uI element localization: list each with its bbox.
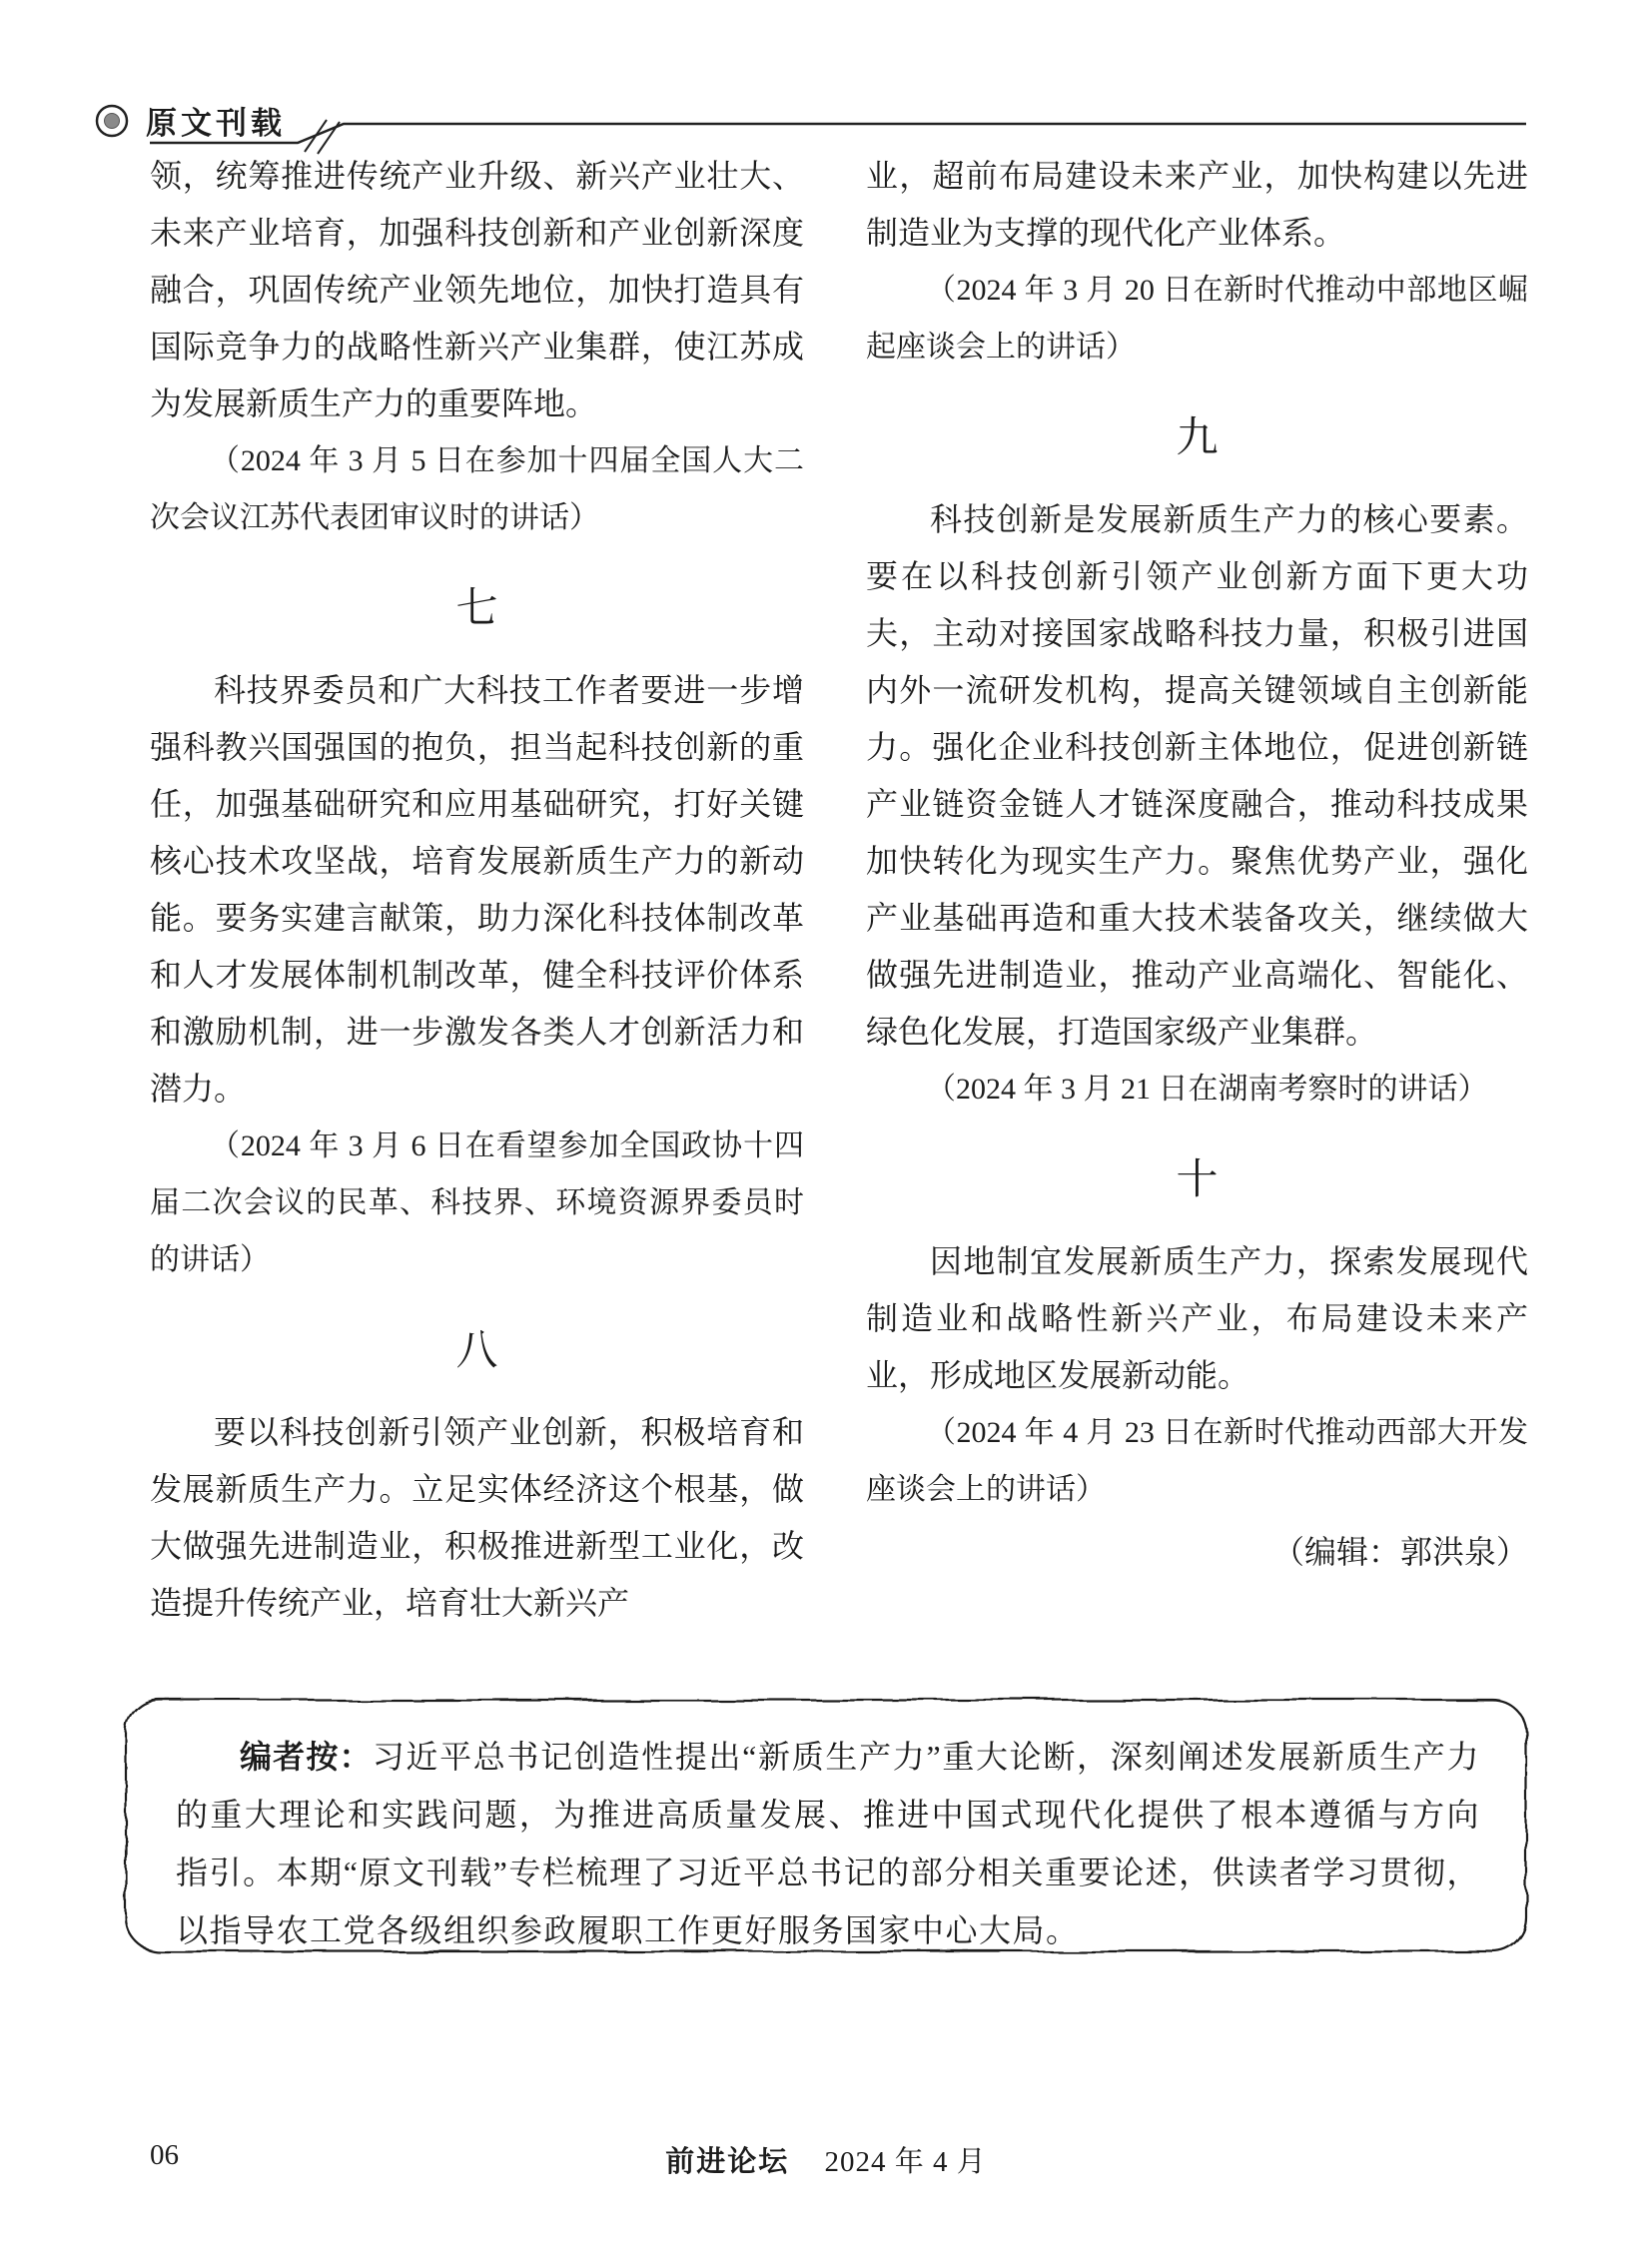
journal-name: 前进论坛 xyxy=(665,2146,789,2178)
article-body: 领，统筹推进传统产业升级、新兴产业壮大、未来产业培育，加强科技创新和产业创新深度… xyxy=(150,148,1528,1632)
editor-note-label: 编者按： xyxy=(240,1739,373,1775)
section-heading: 七 xyxy=(150,580,804,638)
issue-date: 2024 年 4 月 xyxy=(825,2146,987,2178)
editor-note-box: 编者按：习近平总书记创造性提出“新质生产力”重大论断，深刻阐述发展新质生产力的重… xyxy=(116,1690,1536,1961)
section-heading: 十 xyxy=(866,1151,1528,1209)
paragraph: 科技创新是发展新质生产力的核心要素。要在以科技创新引领产业创新方面下更大功夫，主… xyxy=(866,491,1528,1061)
header-rule xyxy=(0,0,1652,170)
paragraph: 要以科技创新引领产业创新，积极培育和发展新质生产力。立足实体经济这个根基，做大做… xyxy=(150,1404,804,1632)
page-footer: 06 前进论坛 2024 年 4 月 xyxy=(0,2139,1652,2183)
editor-signature: （编辑：郭洪泉） xyxy=(866,1524,1528,1581)
citation: （2024 年 3 月 20 日在新时代推动中部地区崛起座谈会上的讲话） xyxy=(866,262,1528,375)
column-title: 原文刊载 xyxy=(146,98,286,143)
left-column: 领，统筹推进传统产业升级、新兴产业壮大、未来产业培育，加强科技创新和产业创新深度… xyxy=(150,148,804,1632)
footer-center: 前进论坛 2024 年 4 月 xyxy=(0,2139,1652,2180)
paragraph: 科技界委员和广大科技工作者要进一步增强科教兴国强国的抱负，担当起科技创新的重任，… xyxy=(150,662,804,1118)
section-heading: 九 xyxy=(866,409,1528,467)
citation: （2024 年 3 月 6 日在看望参加全国政协十四届二次会议的民革、科技界、环… xyxy=(150,1118,804,1288)
section-heading: 八 xyxy=(150,1322,804,1380)
editor-note-body: 习近平总书记创造性提出“新质生产力”重大论断，深刻阐述发展新质生产力的重大理论和… xyxy=(176,1739,1480,1948)
right-column: 业，超前布局建设未来产业，加快构建以先进制造业为支撑的现代化产业体系。（2024… xyxy=(866,148,1528,1632)
citation: （2024 年 3 月 21 日在湖南考察时的讲话） xyxy=(866,1061,1528,1118)
bullseye-icon xyxy=(94,103,130,139)
citation: （2024 年 4 月 23 日在新时代推动西部大开发座谈会上的讲话） xyxy=(866,1404,1528,1518)
paragraph: 因地制宜发展新质生产力，探索发展现代制造业和战略性新兴产业，布局建设未来产业，形… xyxy=(866,1233,1528,1404)
editor-note-text: 编者按：习近平总书记创造性提出“新质生产力”重大论断，深刻阐述发展新质生产力的重… xyxy=(176,1728,1480,1959)
page-header: 原文刊载 xyxy=(94,98,286,143)
paragraph: 领，统筹推进传统产业升级、新兴产业壮大、未来产业培育，加强科技创新和产业创新深度… xyxy=(150,148,804,432)
citation: （2024 年 3 月 5 日在参加十四届全国人大二次会议江苏代表团审议时的讲话… xyxy=(150,432,804,546)
